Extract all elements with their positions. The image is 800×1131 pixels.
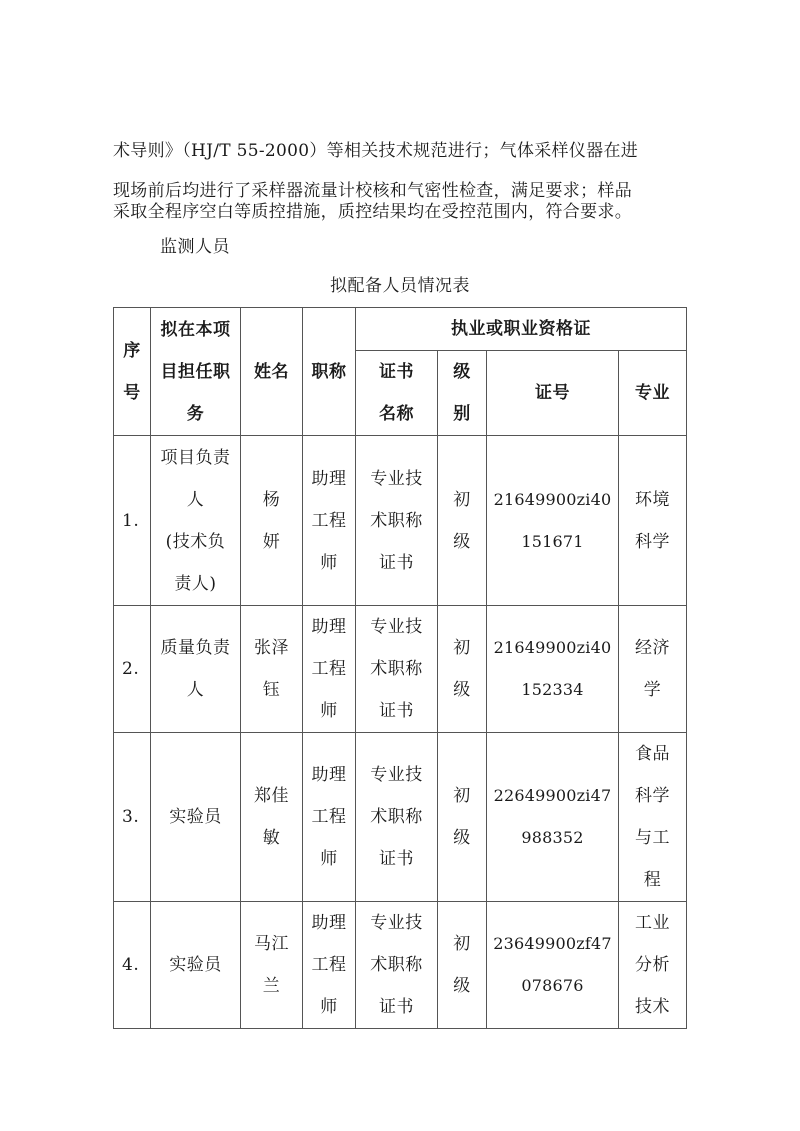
cell-cert-no: 23649900zf47078676 bbox=[487, 902, 619, 1029]
cell-cert-no: 22649900zi47988352 bbox=[487, 733, 619, 902]
cell-cert-no: 21649900zi40152334 bbox=[487, 606, 619, 733]
cell-seq: 3. bbox=[114, 733, 151, 902]
personnel-table: 序号 拟在本项目担任职务 姓名 职称 执业或职业资格证 证书名称 级别 证号 专… bbox=[113, 307, 687, 1029]
table-row: 1. 项目负责人(技术负责人) 杨妍 助理工程师 专业技术职称证书 初级 216… bbox=[114, 436, 687, 606]
cell-role: 实验员 bbox=[151, 733, 241, 902]
header-cert-group: 执业或职业资格证 bbox=[356, 308, 687, 351]
table-row: 2. 质量负责人 张泽钰 助理工程师 专业技术职称证书 初级 21649900z… bbox=[114, 606, 687, 733]
cell-title: 助理工程师 bbox=[303, 733, 356, 902]
cell-cert-name: 专业技术职称证书 bbox=[356, 606, 438, 733]
header-title: 职称 bbox=[303, 308, 356, 436]
cell-level: 初级 bbox=[438, 606, 487, 733]
cell-name: 马江兰 bbox=[241, 902, 303, 1029]
cell-cert-name: 专业技术职称证书 bbox=[356, 733, 438, 902]
cell-role: 实验员 bbox=[151, 902, 241, 1029]
cell-level: 初级 bbox=[438, 733, 487, 902]
section-heading: 监测人员 bbox=[160, 232, 230, 257]
cell-major: 工业分析技术 bbox=[619, 902, 687, 1029]
cell-role: 项目负责人(技术负责人) bbox=[151, 436, 241, 606]
cell-title: 助理工程师 bbox=[303, 436, 356, 606]
cell-level: 初级 bbox=[438, 436, 487, 606]
cell-name: 郑佳敏 bbox=[241, 733, 303, 902]
header-cert-name: 证书名称 bbox=[356, 351, 438, 436]
cell-cert-name: 专业技术职称证书 bbox=[356, 902, 438, 1029]
cell-major: 经济学 bbox=[619, 606, 687, 733]
cell-cert-no: 21649900zi40151671 bbox=[487, 436, 619, 606]
header-cert-no: 证号 bbox=[487, 351, 619, 436]
cell-name: 杨妍 bbox=[241, 436, 303, 606]
header-row: 序号 拟在本项目担任职务 姓名 职称 执业或职业资格证 bbox=[114, 308, 687, 351]
cell-seq: 1. bbox=[114, 436, 151, 606]
cell-seq: 4. bbox=[114, 902, 151, 1029]
cell-major: 环境科学 bbox=[619, 436, 687, 606]
cell-cert-name: 专业技术职称证书 bbox=[356, 436, 438, 606]
cell-role: 质量负责人 bbox=[151, 606, 241, 733]
cell-title: 助理工程师 bbox=[303, 606, 356, 733]
table-row: 3. 实验员 郑佳敏 助理工程师 专业技术职称证书 初级 22649900zi4… bbox=[114, 733, 687, 902]
cell-major: 食品科学与工程 bbox=[619, 733, 687, 902]
cell-level: 初级 bbox=[438, 902, 487, 1029]
table-caption: 拟配备人员情况表 bbox=[0, 271, 800, 296]
header-name: 姓名 bbox=[241, 308, 303, 436]
header-seq: 序号 bbox=[114, 308, 151, 436]
header-role: 拟在本项目担任职务 bbox=[151, 308, 241, 436]
table-row: 4. 实验员 马江兰 助理工程师 专业技术职称证书 初级 23649900zf4… bbox=[114, 902, 687, 1029]
header-level: 级别 bbox=[438, 351, 487, 436]
cell-seq: 2. bbox=[114, 606, 151, 733]
paragraph-line: 术导则》（HJ/T 55-2000）等相关技术规范进行；气体采样仪器在进 bbox=[113, 136, 638, 161]
cell-title: 助理工程师 bbox=[303, 902, 356, 1029]
paragraph-line: 采取全程序空白等质控措施，质控结果均在受控范围内，符合要求。 bbox=[113, 197, 632, 222]
header-major: 专业 bbox=[619, 351, 687, 436]
cell-name: 张泽钰 bbox=[241, 606, 303, 733]
